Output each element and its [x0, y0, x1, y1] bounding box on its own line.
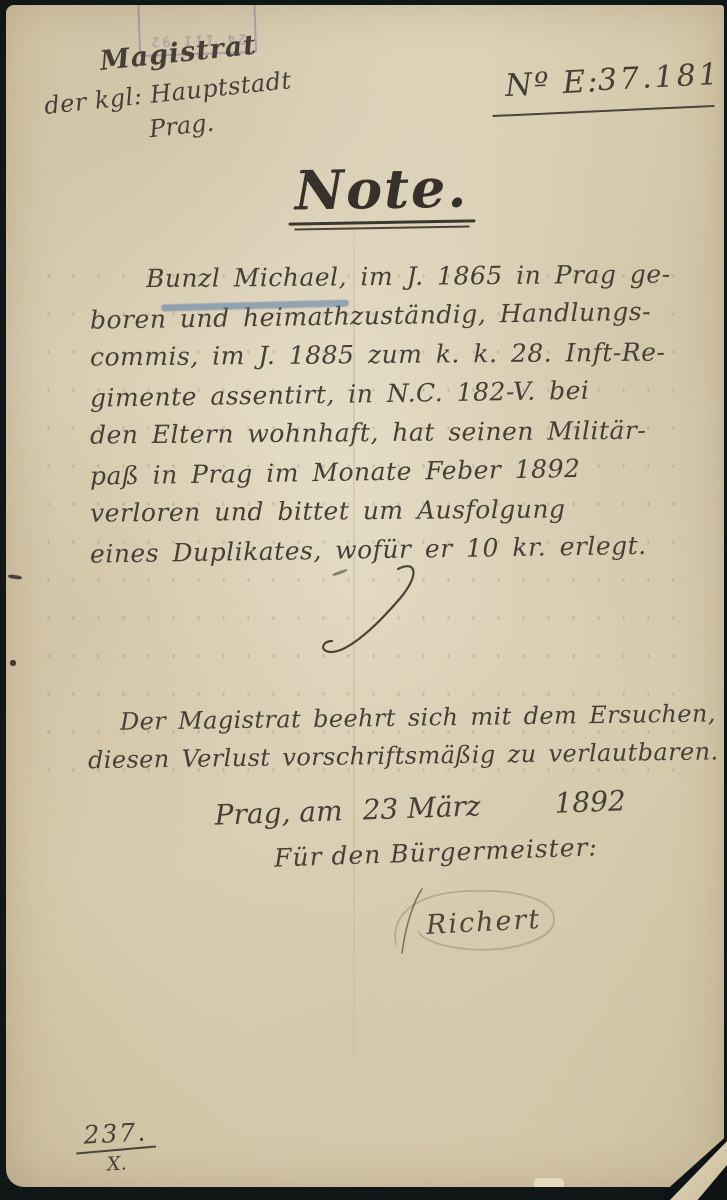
date-year: 1892	[554, 784, 626, 819]
document-title: Note.	[283, 159, 479, 219]
closing-paragraph: Der Magistrat beehrt sich mit dem Ersuch…	[88, 699, 688, 775]
pen-flourish	[306, 557, 436, 677]
signature-block: Richert	[388, 883, 568, 963]
reference-label: Nº E:	[504, 63, 600, 104]
closing-line: diesen Verlust vorschriftsmäßig zu verla…	[88, 733, 688, 779]
docket-number: 237. X.	[75, 1117, 158, 1177]
date-place: Prag, am	[214, 794, 343, 831]
title-underline-thin	[295, 226, 470, 231]
letterhead-line1: Magistrat	[98, 30, 258, 77]
paper-speck	[10, 660, 16, 666]
date-day: 23 März	[362, 789, 481, 826]
reference-number: Nº E: 37.181	[492, 57, 712, 69]
for-mayor-line: Für den Bürgermeister:	[274, 832, 599, 872]
docket-bottom: X.	[76, 1151, 157, 1177]
document-title-block: Note.	[283, 159, 479, 230]
letterhead-line2: der kgl: Hauptstadt	[43, 66, 293, 120]
paper-tear-mark	[8, 574, 22, 580]
signature-name: Richert	[425, 904, 542, 941]
reference-value: 37.181	[597, 57, 722, 98]
paper-sheet: 24 III 92 Magistrat der kgl: Hauptstadt …	[6, 5, 724, 1187]
docket-top: 237.	[75, 1117, 156, 1150]
reference-underline	[493, 105, 715, 117]
dateline: Prag, am 23 März 1892	[214, 783, 654, 798]
scanned-document: 24 III 92 Magistrat der kgl: Hauptstadt …	[0, 0, 727, 1200]
letterhead-line3: Prag.	[148, 109, 215, 144]
bottom-edge-notch	[534, 1178, 564, 1187]
